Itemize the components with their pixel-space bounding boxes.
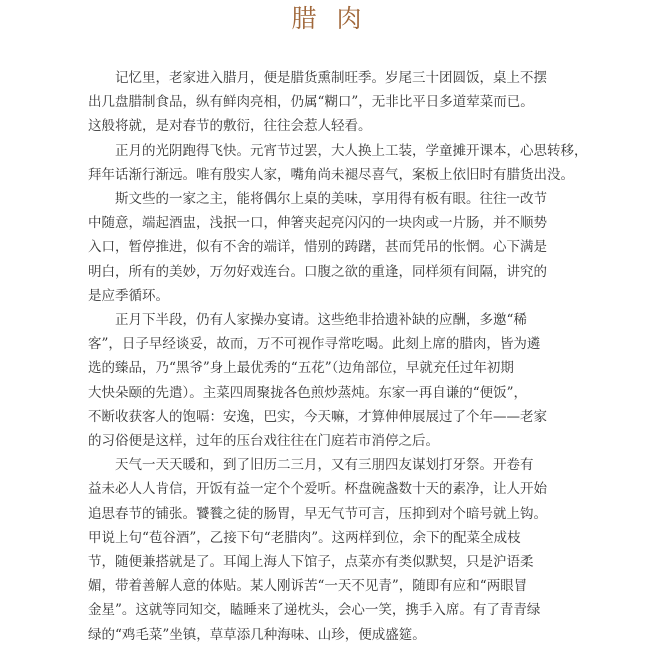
text-line: 追思春节的铺张。饕餮之徒的肠胃，早无气节可言，压抑到对个暗号就上钩。 [61, 502, 575, 526]
text-line: 记忆里，老家进入腊月，便是腊货熏制旺季。岁尾三十团圆饭，桌上不摆 [88, 66, 575, 90]
text-line: 绿的“鸡毛菜”坐镇，草草添几种海味、山珍，便成盛筵。 [61, 623, 575, 647]
article-body: 记忆里，老家进入腊月，便是腊货熏制旺季。岁尾三十团圆饭，桌上不摆 出几盘腊制食品… [88, 66, 575, 647]
text-line: 的习俗便是这样，过年的压台戏往往在门庭若市消停之后。 [61, 429, 575, 453]
text-line: 正月的光阴跑得飞快。元宵节过罢，大人换上工装，学童摊开课本，心思转移， [88, 139, 575, 163]
text-line: 甲说上句“苞谷酒”，乙接下句“老腊肉”。这两样到位，余下的配菜全成枝 [61, 526, 575, 550]
paragraph-4: 正月下半段，仍有人家操办宴请。这些绝非拾遗补缺的应酬，多邀“稀 客”，日子早经谈… [88, 308, 575, 453]
paragraph-3: 斯文些的一家之主，能将偶尔上桌的美味，享用得有板有眼。往往一改节 中随意，端起酒… [88, 187, 575, 308]
text-line: 这般将就，是对春节的敷衍，往往会惹人轻看。 [61, 114, 575, 138]
text-line: 中随意，端起酒盅，浅抿一口，伸箸夹起亮闪闪的一块肉或一片肠，并不顺势 [61, 211, 575, 235]
paragraph-2: 正月的光阴跑得飞快。元宵节过罢，大人换上工装，学童摊开课本，心思转移， 拜年话渐… [88, 139, 575, 187]
page-title: 腊肉 [0, 3, 653, 35]
text-line: 正月下半段，仍有人家操办宴请。这些绝非拾遗补缺的应酬，多邀“稀 [88, 308, 575, 332]
text-line: 媚，带着善解人意的体贴。某人刚诉苦“一天不见青”，随即有应和“两眼冒 [61, 574, 575, 598]
text-line: 不断收获客人的饱嗝：安逸，巴实，今天嘛，才算伸伸展展过了个年——老家 [61, 405, 575, 429]
paragraph-1: 记忆里，老家进入腊月，便是腊货熏制旺季。岁尾三十团圆饭，桌上不摆 出几盘腊制食品… [88, 66, 575, 139]
text-line: 明白，所有的美妙，万勿好戏连台。口腹之欲的重逢，同样须有间隔，讲究的 [61, 260, 575, 284]
text-line: 入口，暂停推进，似有不舍的端详，惜别的踌躇，甚而凭吊的怅惘。心下满是 [61, 235, 575, 259]
paragraph-5: 天气一天天暖和，到了旧历二三月，又有三朋四友谋划打牙祭。开卷有 益未必人人肯信，… [88, 453, 575, 647]
text-line: 客”，日子早经谈妥，故而，万不可视作寻常吃喝。此刻上席的腊肉，皆为遴 [61, 332, 575, 356]
text-line: 天气一天天暖和，到了旧历二三月，又有三朋四友谋划打牙祭。开卷有 [88, 453, 575, 477]
text-line: 斯文些的一家之主，能将偶尔上桌的美味，享用得有板有眼。往往一改节 [88, 187, 575, 211]
text-line: 大快朵颐的先遣）。主菜四周聚拢各色煎炒蒸炖。东家一再自谦的“便饭”， [61, 381, 575, 405]
text-line: 出几盘腊制食品，纵有鲜肉亮相，仍属“糊口”，无非比平日多道荤菜而已。 [61, 90, 575, 114]
text-line: 金星”。这就等同知交，瞌睡来了递枕头，会心一笑，携手入席。有了青青绿 [61, 598, 575, 622]
text-line: 是应季循环。 [61, 284, 575, 308]
text-line: 益未必人人肯信，开饭有益一定个个爱听。杯盘碗盏数十天的素净，让人开始 [61, 477, 575, 501]
text-line: 节，随便兼搭就是了。耳闻上海人下馆子，点菜亦有类似默契，只是沪语柔 [61, 550, 575, 574]
text-line: 拜年话渐行渐远。唯有殷实人家，嘴角尚未褪尽喜气，案板上依旧时有腊货出没。 [61, 163, 575, 187]
text-line: 选的臻品，乃“黑爷”身上最优秀的“五花”（边角部位，早就充任过年初期 [61, 356, 575, 380]
